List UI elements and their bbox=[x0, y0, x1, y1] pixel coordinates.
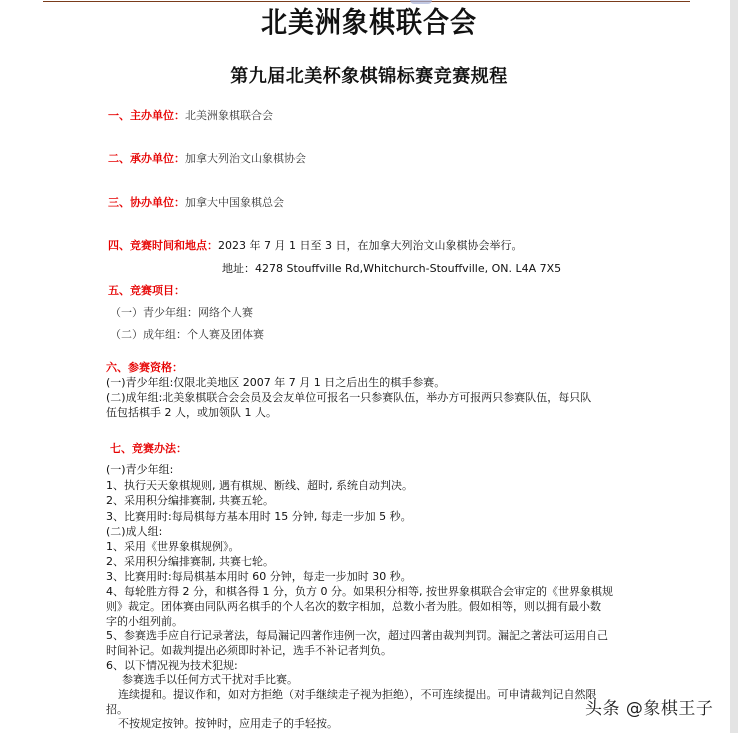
section-events-label: 五、竞赛项目： bbox=[108, 283, 185, 299]
watermark: 头条 @象棋王子 bbox=[585, 694, 713, 719]
section-organizer: 二、承办单位：加拿大列治文山象棋协会 bbox=[108, 151, 306, 167]
section-value: 北美洲象棋联合会 bbox=[185, 109, 273, 122]
section-value: 加拿大中国象棋总会 bbox=[185, 196, 284, 209]
org-title: 北美洲象棋联合会 bbox=[0, 0, 738, 41]
rules-line: 参赛选手以任何方式干扰对手比赛。 bbox=[122, 672, 298, 688]
section-value: 2023 年 7 月 1 日至 3 日，在加拿大列治文山象棋协会举行。 bbox=[218, 239, 522, 252]
eligibility-line: (二)成年组:北美象棋联合会会员及会友单位可报名一只参赛队伍，举办方可报两只参赛… bbox=[106, 390, 591, 406]
rules-line: (二)成人组: bbox=[106, 524, 162, 540]
rules-line: 2、采用积分编排赛制, 共赛五轮。 bbox=[106, 493, 274, 509]
section-label: 一、主办单位： bbox=[108, 109, 185, 122]
venue-address: 地址：4278 Stouffville Rd,Whitchurch-Stouff… bbox=[222, 261, 561, 277]
section-label: 二、承办单位： bbox=[108, 152, 185, 165]
section-host: 一、主办单位：北美洲象棋联合会 bbox=[108, 108, 273, 124]
section-eligibility-label: 六、参赛资格： bbox=[106, 360, 183, 376]
eligibility-line: 伍包括棋手 2 人，或加领队 1 人。 bbox=[106, 405, 277, 421]
rules-line: 2、采用积分编排赛制, 共赛七轮。 bbox=[106, 554, 274, 570]
rules-line: 不按规定按钟。按钟时，应用走子的手轻按。 bbox=[118, 716, 338, 732]
event-item: （一）青少年组：网络个人赛 bbox=[110, 305, 253, 321]
doc-title: 第九届北美杯象棋锦标赛竞赛规程 bbox=[0, 62, 738, 88]
document-page: 北美洲象棋联合会 第九届北美杯象棋锦标赛竞赛规程 一、主办单位：北美洲象棋联合会… bbox=[0, 0, 738, 733]
section-co-organizer: 三、协办单位：加拿大中国象棋总会 bbox=[108, 195, 284, 211]
rules-line: 1、执行天天象棋规则, 遇有棋规、断线、超时, 系统自动判决。 bbox=[106, 478, 413, 494]
scrollbar[interactable] bbox=[730, 0, 738, 733]
rules-line: 时间补记。如裁判提出必须即时补记，选手不补记者判负。 bbox=[106, 643, 392, 659]
section-value: 加拿大列治文山象棋协会 bbox=[185, 152, 306, 165]
rules-line: 则》裁定。团体赛由同队两名棋手的个人名次的数字相加，总数小者为胜。假如相等，则以… bbox=[106, 599, 601, 615]
rules-line: 连续提和。提议作和，如对方拒绝（对手继续走子视为拒绝），不可连续提出。可申请裁判… bbox=[118, 687, 597, 703]
section-label: 三、协办单位： bbox=[108, 196, 185, 209]
rules-line: 5、参赛选手应自行记录著法，每局漏记四著作违例一次，超过四著由裁判判罚。漏記之著… bbox=[106, 628, 608, 644]
section-label: 四、竞赛时间和地点： bbox=[108, 239, 218, 252]
rules-line: 4、每轮胜方得 2 分，和棋各得 1 分，负方 0 分。如果积分相等, 按世界象… bbox=[106, 584, 613, 600]
rules-line: 1、采用《世界象棋规例》。 bbox=[106, 539, 240, 555]
section-rules-label: 七、竞赛办法： bbox=[110, 441, 187, 457]
rules-line: 3、比赛用时:每局棋基本用时 60 分钟，每走一步加时 30 秒。 bbox=[106, 569, 412, 585]
rules-line: (一)青少年组: bbox=[106, 462, 173, 478]
rules-line: 3、比赛用时:每局棋每方基本用时 15 分钟, 每走一步加 5 秒。 bbox=[106, 509, 412, 525]
event-item: （二）成年组：个人赛及团体赛 bbox=[110, 327, 264, 343]
section-time-place: 四、竞赛时间和地点：2023 年 7 月 1 日至 3 日，在加拿大列治文山象棋… bbox=[108, 238, 522, 254]
eligibility-line: (一)青少年组:仅限北美地区 2007 年 7 月 1 日之后出生的棋手参赛。 bbox=[106, 375, 445, 391]
